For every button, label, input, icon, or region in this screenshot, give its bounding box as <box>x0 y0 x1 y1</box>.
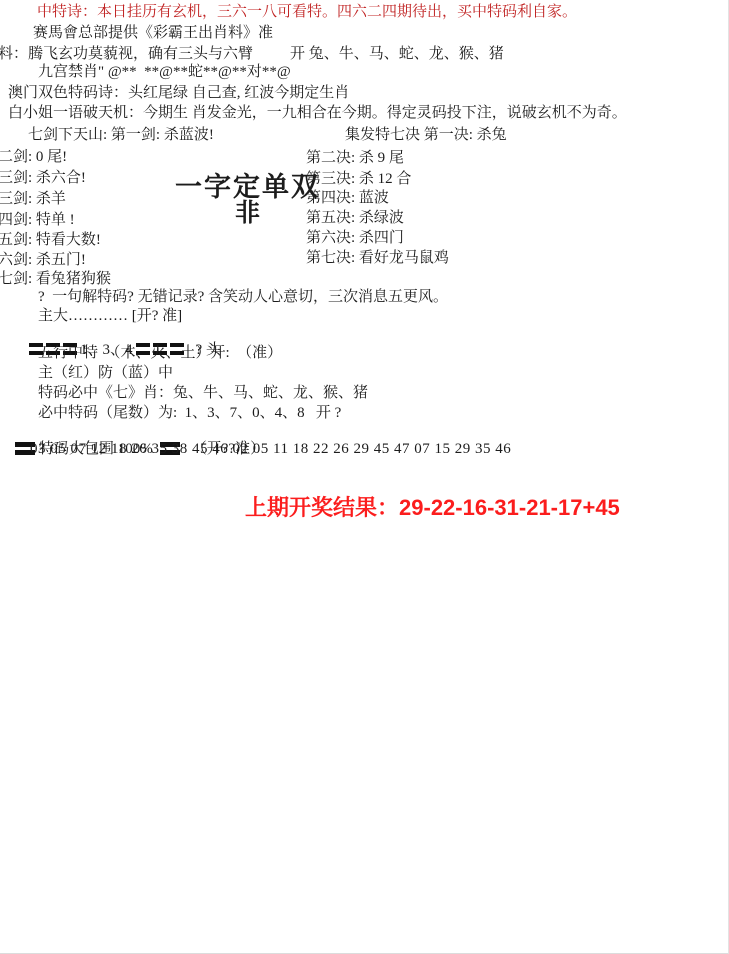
sword-item: 五剑: 特看大数! <box>0 231 101 250</box>
provider-line: 赛馬會总部提供《彩霸王出肖料》准 <box>33 24 273 43</box>
color-wave-line: 主（红）防（蓝）中 <box>38 364 173 383</box>
tip-item: 第六决: 杀四门 <box>306 229 404 248</box>
result-value: 29-22-16-31-21-17+45 <box>399 495 620 520</box>
seven-zodiac-line: 特码必中《七》肖：兔、牛、马、蛇、龙、猴、猪 <box>38 384 368 403</box>
tip-item: 第三决: 杀 12 合 <box>306 170 411 189</box>
zodiac-tip-line: 料：腾飞玄功莫藐视，确有三头与六臂 <box>0 45 253 64</box>
tip-item: 第七决: 看好龙马鼠鸡 <box>306 249 449 268</box>
sword-item: 四剑: 特单 ! <box>0 211 75 230</box>
seven-tips-title: 集发特七决 第一决: 杀兔 <box>345 126 507 145</box>
center-banner-line2: 非 <box>235 193 260 229</box>
baixiaojie-line: 白小姐一语破天机：今期生 肖发金光，一九相合在今期。得定灵码投下注，说破玄机不为… <box>8 104 627 123</box>
riddle-line: ? 一句解特码? 无错记录? 含笑动人心意切，三次消息五更风。 <box>38 288 448 307</box>
zodiac-open-line: 开 兔、牛、马、蛇、龙、猴、猪 <box>290 45 504 64</box>
five-elements-line: 五行中特 （木、火、土）开: （准） <box>38 344 282 363</box>
seven-swords-title: 七剑下天山: 第一剑: 杀蓝波! <box>28 126 214 145</box>
macau-poem-line: 澳门双色特码诗：头红尾绿 自己查, 红波今期定生肖 <box>8 84 349 103</box>
sword-item: 二剑: 0 尾! <box>0 148 67 167</box>
special-poem-line: 中特诗：本日挂历有玄机，三六一八可看特。四六二四期待出，买中特码利自家。 <box>37 3 577 22</box>
coverage-numbers-line: 03 05 07 12 18 26 35 38 45 46 02 05 11 1… <box>30 440 511 459</box>
nine-palace-line: 九宫禁肖" @** **@**蛇**@**对**@ <box>38 63 291 82</box>
sword-item: 三剑: 杀六合! <box>0 169 86 188</box>
sword-item: 六剑: 杀五门! <box>0 251 86 270</box>
last-draw-result: 上期开奖结果：29-22-16-31-21-17+45 <box>245 491 620 522</box>
sword-item: 七剑: 看兔猪狗猴 <box>0 270 111 289</box>
result-label: 上期开奖结果： <box>245 495 399 520</box>
tip-item: 第五决: 杀绿波 <box>306 209 404 228</box>
sword-item: 三剑: 杀羊 <box>0 190 66 209</box>
tip-sheet-page: 中特诗：本日挂历有玄机，三六一八可看特。四六二四期待出，买中特码利自家。 赛馬會… <box>0 0 729 954</box>
tip-item: 第二决: 杀 9 尾 <box>306 149 404 168</box>
